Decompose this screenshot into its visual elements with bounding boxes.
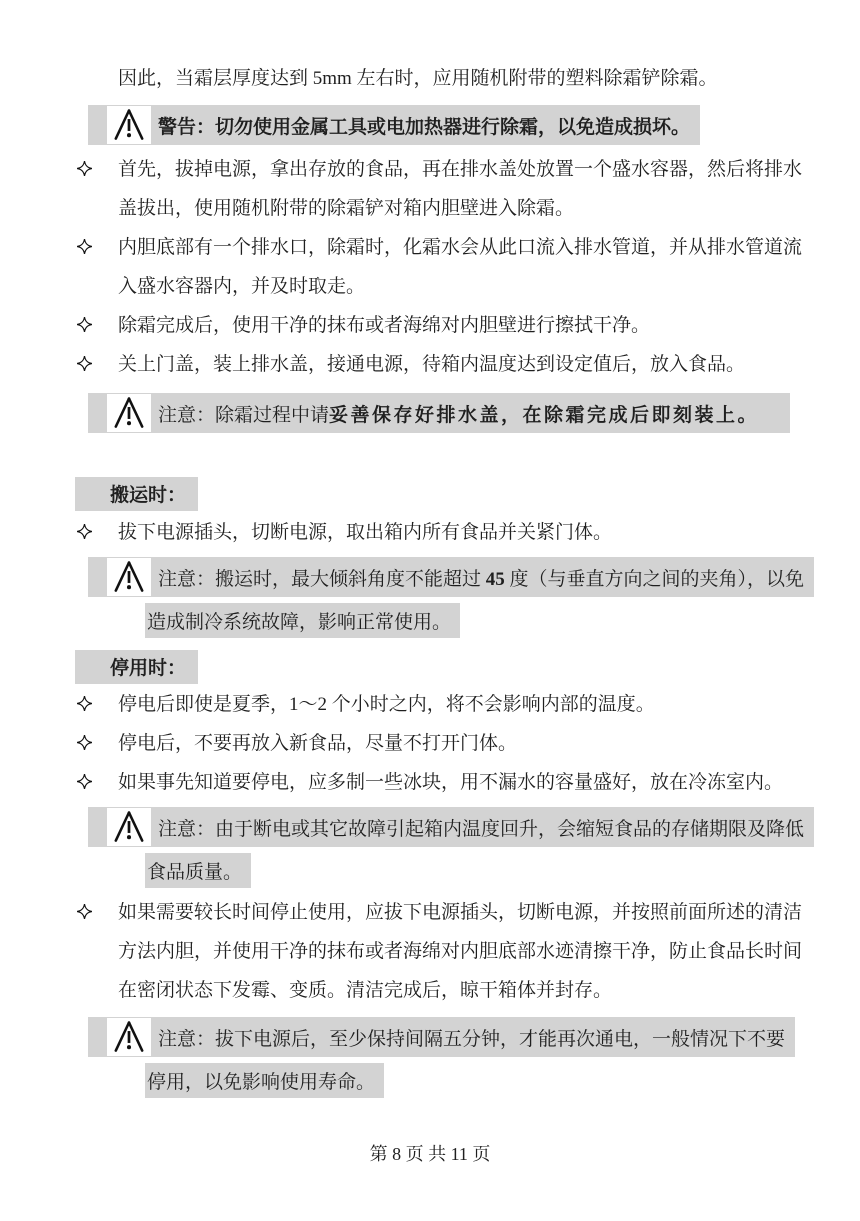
bullet-diamond-icon <box>77 904 92 919</box>
list-item: 停电后即使是夏季，1～2 个小时之内，将不会影响内部的温度。 <box>75 685 655 724</box>
bullet-line: 如果需要较长时间停止使用，应拔下电源插头，切断电源，并按照前面所述的清洁 <box>118 893 802 932</box>
bullet-line: 盖拔出，使用随机附带的除霜铲对箱内胆壁进入除霜。 <box>118 189 802 228</box>
bullet-line: 如果事先知道要停电，应多制一些冰块，用不漏水的容量盛好，放在冷冻室内。 <box>118 763 783 802</box>
bullet-line: 停电后即使是夏季，1～2 个小时之内，将不会影响内部的温度。 <box>118 685 655 724</box>
notice-restart: 注意：拔下电源后，至少保持间隔五分钟，才能再次通电，一般情况下不要 停用，以免影… <box>88 1017 795 1098</box>
bullet-line: 入盛水容器内，并及时取走。 <box>118 267 802 306</box>
notice-text: 注意：除霜过程中请妥善保存好排水盖，在除霜完成后即刻装上。 <box>158 400 769 427</box>
list-item: 停电后，不要再放入新食品，尽量不打开门体。 <box>75 724 517 763</box>
highlight-lead <box>88 577 107 578</box>
bullet-diamond-icon <box>77 696 92 711</box>
warning-triangle-icon <box>107 808 151 846</box>
notice-text-line2: 食品质量。 <box>145 853 251 888</box>
warning-triangle-icon <box>107 394 151 432</box>
warning-triangle-icon <box>107 558 151 596</box>
bullet-diamond-icon <box>77 317 92 332</box>
bullet-line: 拔下电源插头，切断电源，取出箱内所有食品并关紧门体。 <box>118 513 612 552</box>
bullet-line: 方法内胆，并使用干净的抹布或者海绵对内胆底部水迹清擦干净，防止食品长时间 <box>118 932 802 971</box>
warning-triangle-icon <box>107 1018 151 1056</box>
bullet-line: 关上门盖，装上排水盖，接通电源，待箱内温度达到设定值后，放入食品。 <box>118 345 745 384</box>
page-footer: 第 8 页 共 11 页 <box>0 1140 860 1166</box>
notice-moving: 注意：搬运时，最大倾斜角度不能超过 45 度（与垂直方向之间的夹角），以免 造成… <box>88 557 814 638</box>
section-header-stop: 停用时： <box>75 650 198 684</box>
list-item: 除霜完成后，使用干净的抹布或者海绵对内胆壁进行擦拭干净。 <box>75 306 650 345</box>
list-item: 关上门盖，装上排水盖，接通电源，待箱内温度达到设定值后，放入食品。 <box>75 345 745 384</box>
notice-text: 注意：搬运时，最大倾斜角度不能超过 45 度（与垂直方向之间的夹角），以免 <box>158 564 814 591</box>
notice-text-line2: 停用，以免影响使用寿命。 <box>145 1063 384 1098</box>
notice-text-line2: 造成制冷系统故障，影响正常使用。 <box>145 603 460 638</box>
bullet-line: 首先，拔掉电源，拿出存放的食品，再在排水盖处放置一个盛水容器，然后将排水 <box>118 150 802 189</box>
bullet-line: 内胆底部有一个排水口，除霜时，化霜水会从此口流入排水管道，并从排水管道流 <box>118 228 802 267</box>
bullet-diamond-icon <box>77 524 92 539</box>
list-item: 如果事先知道要停电，应多制一些冰块，用不漏水的容量盛好，放在冷冻室内。 <box>75 763 783 802</box>
notice-text: 注意：由于断电或其它故障引起箱内温度回升，会缩短食品的存储期限及降低 <box>158 814 814 841</box>
warning-triangle-icon <box>107 106 151 144</box>
warning-text: 警告：切勿使用金属工具或电加热器进行除霜，以免造成损坏。 <box>158 112 700 139</box>
bullet-diamond-icon <box>77 161 92 176</box>
highlight-lead <box>88 125 107 126</box>
bullet-line: 停电后，不要再放入新食品，尽量不打开门体。 <box>118 724 517 763</box>
section-title: 停用时： <box>75 650 198 684</box>
notice-drain-cover: 注意：除霜过程中请妥善保存好排水盖，在除霜完成后即刻装上。 <box>88 393 790 433</box>
bullet-diamond-icon <box>77 774 92 789</box>
bullet-diamond-icon <box>77 735 92 750</box>
bullet-diamond-icon <box>77 356 92 371</box>
notice-text: 注意：拔下电源后，至少保持间隔五分钟，才能再次通电，一般情况下不要 <box>158 1024 795 1051</box>
highlight-lead <box>88 827 107 828</box>
notice-outage: 注意：由于断电或其它故障引起箱内温度回升，会缩短食品的存储期限及降低 食品质量。 <box>88 807 814 888</box>
bullet-line: 除霜完成后，使用干净的抹布或者海绵对内胆壁进行擦拭干净。 <box>118 306 650 345</box>
list-item: 首先，拔掉电源，拿出存放的食品，再在排水盖处放置一个盛水容器，然后将排水 盖拔出… <box>75 150 802 228</box>
bullet-diamond-icon <box>77 239 92 254</box>
section-title: 搬运时： <box>75 477 198 511</box>
list-item: 如果需要较长时间停止使用，应拔下电源插头，切断电源，并按照前面所述的清洁 方法内… <box>75 893 802 1010</box>
page-number: 第 8 页 共 11 页 <box>370 1144 491 1164</box>
document-page: 因此，当霜层厚度达到 5mm 左右时，应用随机附带的塑料除霜铲除霜。 警告：切勿… <box>0 0 860 1221</box>
intro-paragraph: 因此，当霜层厚度达到 5mm 左右时，应用随机附带的塑料除霜铲除霜。 <box>118 64 718 94</box>
section-header-moving: 搬运时： <box>75 477 198 511</box>
list-item: 拔下电源插头，切断电源，取出箱内所有食品并关紧门体。 <box>75 513 612 552</box>
list-item: 内胆底部有一个排水口，除霜时，化霜水会从此口流入排水管道，并从排水管道流 入盛水… <box>75 228 802 306</box>
highlight-lead <box>88 1037 107 1038</box>
warning-banner: 警告：切勿使用金属工具或电加热器进行除霜，以免造成损坏。 <box>88 105 700 145</box>
bullet-line: 在密闭状态下发霉、变质。清洁完成后，晾干箱体并封存。 <box>118 971 802 1010</box>
highlight-lead <box>88 413 107 414</box>
